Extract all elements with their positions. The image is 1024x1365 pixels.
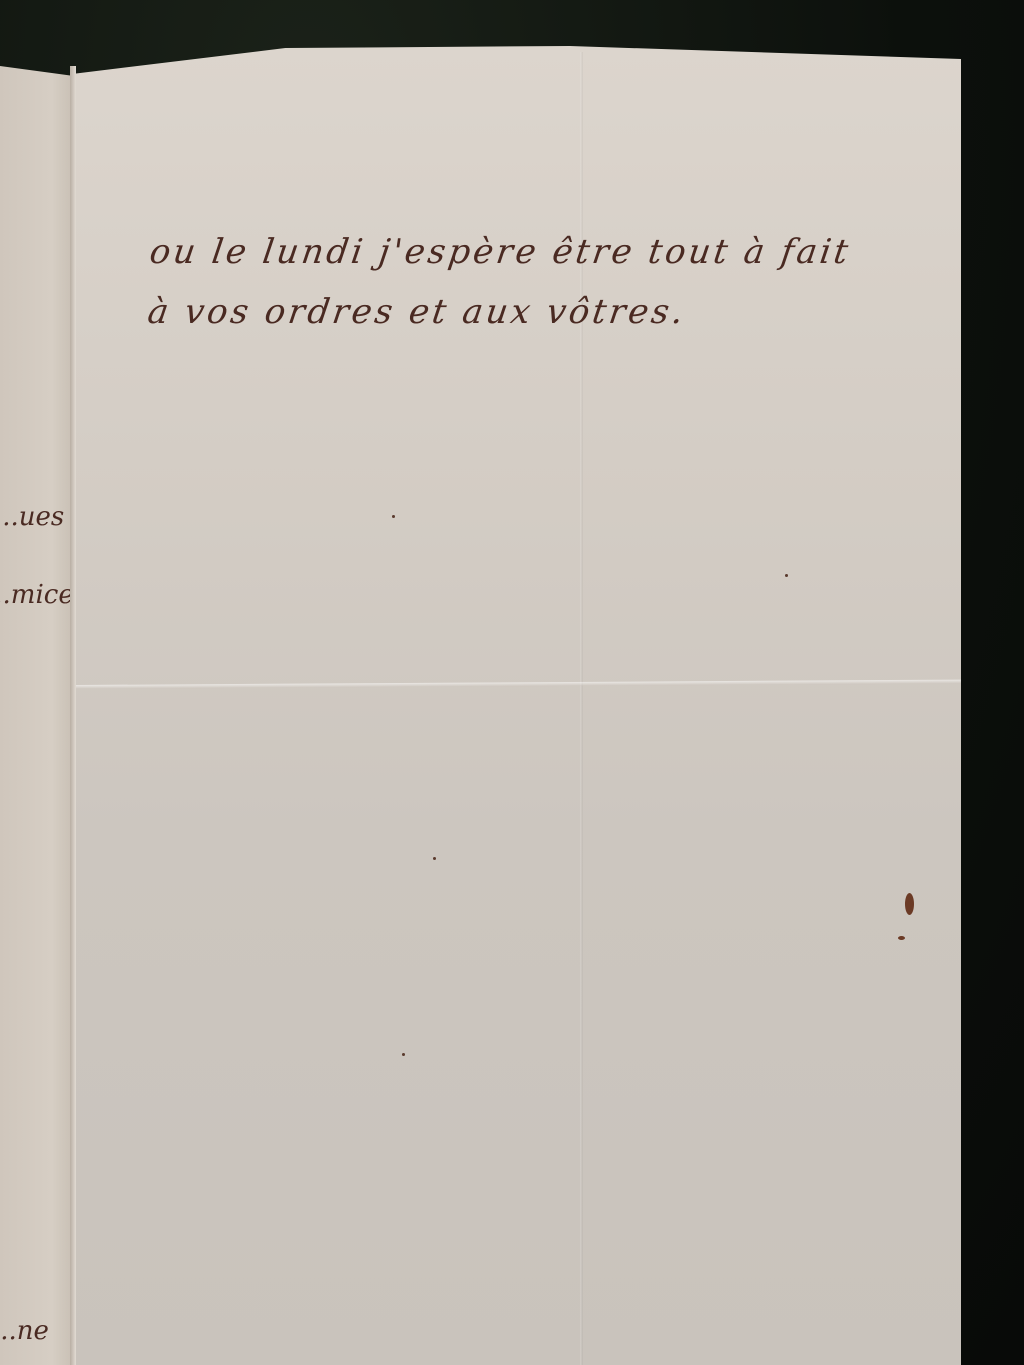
left-fragment-1: ...ues	[0, 502, 64, 532]
left-fragment-3: ...ne	[0, 1316, 49, 1346]
ink-stain-small	[898, 936, 905, 940]
left-fragment-2: ...mice	[0, 580, 74, 610]
ink-speck	[433, 857, 436, 860]
handwritten-line-1: ou le lundi j'espère être tout à fait	[147, 232, 853, 272]
ink-speck	[392, 515, 395, 518]
ink-stain	[905, 893, 914, 915]
left-page: ...ues ...mice ...ne	[0, 66, 74, 1365]
ink-speck	[785, 574, 788, 577]
page-gutter	[70, 66, 76, 1365]
ink-speck	[402, 1053, 405, 1056]
handwritten-line-2: à vos ordres et aux vôtres.	[145, 292, 688, 332]
